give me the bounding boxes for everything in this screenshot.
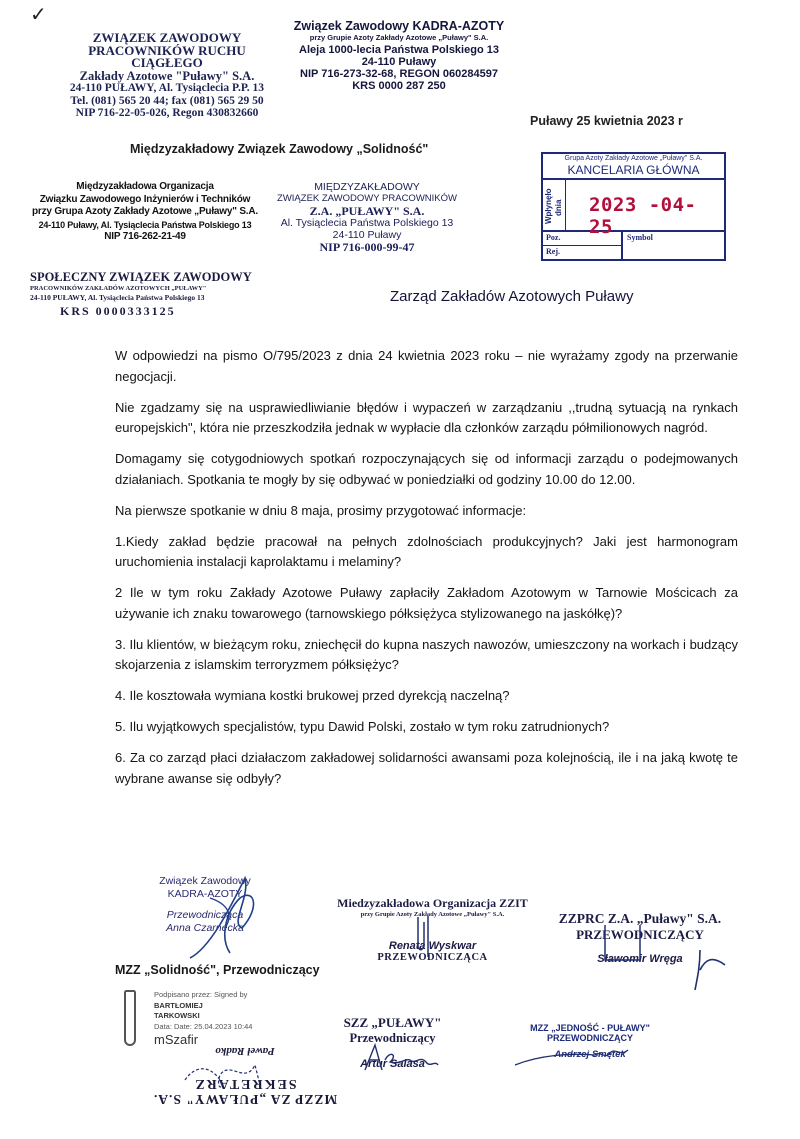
question-item: 2 Ile w tym roku Zakłady Azotowe Puławy …: [115, 583, 738, 624]
letterhead-line: Międzyzakładowa Organizacja: [30, 181, 260, 194]
handwritten-signature-icon: [360, 1040, 440, 1075]
esig-first-name: BARTŁOMIEJ: [154, 1001, 252, 1012]
letterhead-line: przy Grupa Azoty Zakłady Azotowe „Puławy…: [30, 206, 260, 219]
letterhead-line: 24-110 Puławy: [288, 56, 510, 68]
handwritten-signature-icon: [175, 1055, 285, 1095]
question-item: 4. Ile kosztowała wymiana kostki brukowe…: [115, 686, 738, 707]
letterhead-line: NIP 716-000-99-47: [262, 241, 472, 253]
letterhead-line: Zakłady Azotowe "Puławy" S.A.: [52, 70, 282, 83]
stamp-day-label: dnia: [555, 200, 563, 216]
letterhead-kadra-azoty: Związek Zawodowy KADRA-AZOTY przy Grupie…: [288, 20, 510, 92]
letterhead-line: Z.A. „PUŁAWY" S.A.: [262, 205, 472, 217]
question-item: 3. Ilu klientów, w bieżącym roku, zniech…: [115, 635, 738, 676]
letterhead-zzprc: ZWIĄZEK ZAWODOWY PRACOWNIKÓW RUCHU CIĄGŁ…: [52, 32, 282, 120]
esig-signed-by: Podpisano przez: Signed by: [154, 990, 252, 1001]
handwritten-signature-icon: [510, 1045, 630, 1070]
letterhead-line: Aleja 1000-lecia Państwa Polskiego 13: [288, 44, 510, 56]
letterhead-line: 24-110 PUŁAWY, Al. Tysiąclecia P.P. 13: [52, 82, 282, 95]
paragraph: Domagamy się cotygodniowych spotkań rozp…: [115, 449, 738, 490]
registry-stamp: Grupa Azoty Zakłady Azotowe „Puławy" S.A…: [541, 152, 726, 261]
electronic-signature: Podpisano przez: Signed by BARTŁOMIEJ TA…: [112, 990, 272, 1048]
handwritten-signature-icon: [410, 912, 440, 962]
recipient: Zarząd Zakładów Azotowych Puławy: [390, 288, 633, 305]
letterhead-line: KRS 0000 287 250: [288, 80, 510, 92]
letterhead-line: NIP 716-22-05-026, Regon 430832660: [52, 107, 282, 120]
stamp-title: KANCELARIA GŁÓWNA: [543, 164, 724, 180]
signature-org: Miedzyzakładowa Organizacja ZZIT: [320, 896, 545, 911]
stamp-received-label: Wpłynęło: [545, 188, 553, 224]
letterhead-line: NIP 716-273-32-68, REGON 060284597: [288, 68, 510, 80]
question-item: 6. Za co zarząd płaci działaczom zakłado…: [115, 748, 738, 789]
letterhead-line: 24-110 Puławy, Al. Tysiąclecia Państwa P…: [30, 219, 260, 232]
check-mark: ✓: [30, 2, 47, 27]
letterhead-line: SPOŁECZNY ZWIĄZEK ZAWODOWY: [30, 271, 260, 284]
paragraph: Nie zgadzamy się na usprawiedliwianie bł…: [115, 398, 738, 439]
letterhead-line: NIP 716-262-21-49: [30, 231, 260, 244]
letterhead-line: Al. Tysiąclecia Państwa Polskiego 13: [262, 217, 472, 229]
esig-date: Data: Date: 25.04.2023 10:44: [154, 1022, 252, 1033]
letterhead-line: 24-110 PUŁAWY, Al. Tysiąclecia Państwa P…: [30, 293, 260, 303]
letterhead-line: PRACOWNIKÓW RUCHU CIĄGŁEGO: [52, 45, 282, 70]
letterhead-line: Związek Zawodowy KADRA-AZOTY: [288, 20, 510, 32]
date-line: Puławy 25 kwietnia 2023 r: [530, 114, 683, 128]
handwritten-signature-icon: [170, 868, 280, 963]
letterhead-line: PRACOWNIKÓW ZAKŁADÓW AZOTOWYCH „PUŁAWY": [30, 284, 260, 293]
letterhead-mzzp: MIĘDZYZAKŁADOWY ZWIĄZEK ZAWODOWY PRACOWN…: [262, 181, 472, 253]
letter-body: W odpowiedzi na pismo O/795/2023 z dnia …: [115, 346, 738, 800]
signature-bracket-icon: [124, 990, 136, 1046]
letterhead-line: przy Grupie Azoty Zakłady Azotowe „Puław…: [288, 32, 510, 44]
letterhead-line: Tel. (081) 565 20 44; fax (081) 565 29 5…: [52, 95, 282, 108]
question-item: 1.Kiedy zakład będzie pracował na pełnyc…: [115, 532, 738, 573]
paragraph: Na pierwsze spotkanie w dniu 8 maja, pro…: [115, 501, 738, 522]
stamp-symbol-label: Symbol: [627, 233, 653, 242]
letterhead-szz: SPOŁECZNY ZWIĄZEK ZAWODOWY PRACOWNIKÓW Z…: [30, 271, 260, 319]
co-sender-solidnosc: Międzyzakładowy Związek Zawodowy „Solidn…: [130, 142, 428, 156]
signature-org: SZZ „PUŁAWY": [320, 1015, 465, 1031]
signature-solidnosc-label: MZZ „Solidność", Przewodniczący: [115, 963, 320, 977]
handwritten-signature-icon: [600, 920, 730, 995]
esig-last-name: TARKOWSKI: [154, 1011, 252, 1022]
letterhead-line: Związku Zawodowego Inżynierów i Technikó…: [30, 194, 260, 207]
stamp-poz-label: Poz.: [546, 233, 560, 242]
letterhead-line: MIĘDZYZAKŁADOWY: [262, 181, 472, 193]
stamp-rej-label: Rej.: [546, 247, 560, 256]
paragraph: W odpowiedzi na pismo O/795/2023 z dnia …: [115, 346, 738, 387]
letterhead-line: KRS 0000333125: [30, 303, 260, 319]
signature-role: PRZEWODNICZĄCY: [515, 1033, 665, 1043]
letterhead-zzit: Międzyzakładowa Organizacja Związku Zawo…: [30, 181, 260, 244]
question-item: 5. Ilu wyjątkowych specjalistów, typu Da…: [115, 717, 738, 738]
signature-org: MZZ „JEDNOŚĆ - PUŁAWY": [515, 1023, 665, 1033]
